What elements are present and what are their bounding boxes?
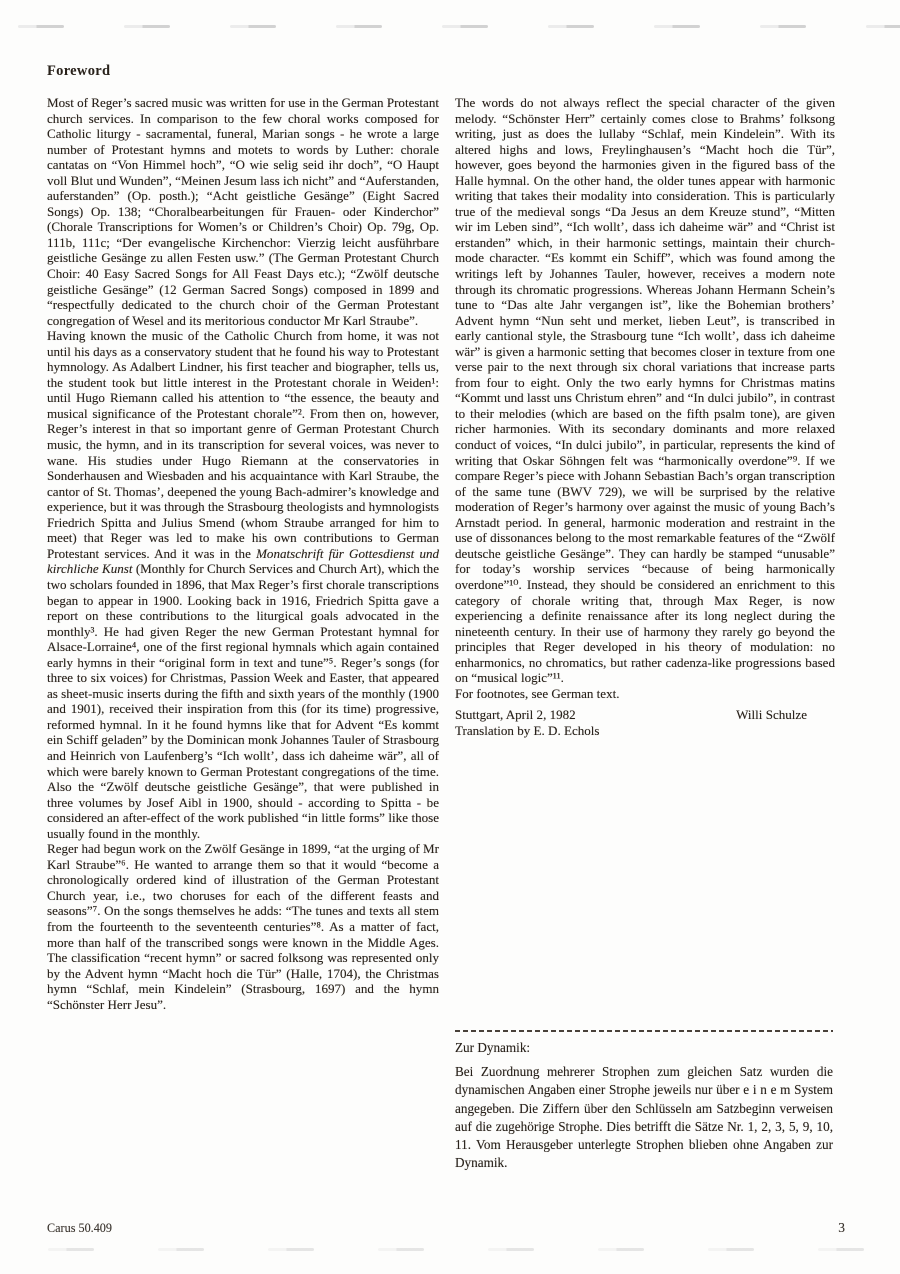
zur-dynamik-body: Bei Zuordnung mehrerer Strophen zum glei… (455, 1063, 833, 1172)
signature-place-date: Stuttgart, April 2, 1982 (455, 707, 599, 723)
zur-dynamik-heading: Zur Dynamik: (455, 1039, 833, 1057)
scan-dash (378, 1248, 424, 1251)
scan-dash (18, 25, 64, 28)
document-page: Foreword Most of Reger’s sacred music wa… (0, 0, 900, 1274)
paragraph-hymnology-pre: Having known the music of the Catholic C… (47, 328, 439, 561)
scan-dash (760, 25, 806, 28)
dashed-divider (455, 1030, 833, 1032)
zur-dynamik-section: Zur Dynamik: Bei Zuordnung mehrerer Stro… (455, 1030, 833, 1172)
paragraph-works-overview: Most of Reger’s sacred music was written… (47, 95, 439, 328)
scan-dash (336, 25, 382, 28)
scan-artifacts-top (0, 25, 900, 29)
paragraph-hymnology-history: Having known the music of the Catholic C… (47, 328, 439, 841)
signature-left: Stuttgart, April 2, 1982 Translation by … (455, 707, 599, 738)
scan-dash (124, 25, 170, 28)
scan-dash (654, 25, 700, 28)
catalog-number: Carus 50.409 (47, 1221, 112, 1236)
page-number: 3 (838, 1220, 845, 1236)
scan-dash (48, 1248, 94, 1251)
scan-dash (866, 25, 900, 28)
scan-dash (598, 1248, 644, 1251)
paragraph-zwoelf-gesaenge: Reger had begun work on the Zwölf Gesäng… (47, 841, 439, 1012)
signature-author: Willi Schulze (736, 707, 807, 738)
signature-translation-credit: Translation by E. D. Echols (455, 723, 599, 739)
footnote-reference-note: For footnotes, see German text. (455, 686, 835, 702)
scan-dash (818, 1248, 864, 1251)
page-footer: Carus 50.409 3 (47, 1220, 845, 1236)
paragraph-hymnology-post: (Monthly for Church Services and Church … (47, 561, 439, 840)
paragraph-harmony-analysis: The words do not always reflect the spec… (455, 95, 835, 686)
page-title: Foreword (47, 63, 110, 80)
scan-dash (158, 1248, 204, 1251)
scan-dash (442, 25, 488, 28)
scan-dash (488, 1248, 534, 1251)
scan-dash (230, 25, 276, 28)
right-column: The words do not always reflect the spec… (455, 95, 835, 738)
scan-dash (708, 1248, 754, 1251)
scan-dash (268, 1248, 314, 1251)
left-column: Most of Reger’s sacred music was written… (47, 95, 439, 1012)
scan-artifacts-bottom (0, 1248, 900, 1252)
scan-dash (548, 25, 594, 28)
signature-block: Stuttgart, April 2, 1982 Translation by … (455, 707, 835, 738)
